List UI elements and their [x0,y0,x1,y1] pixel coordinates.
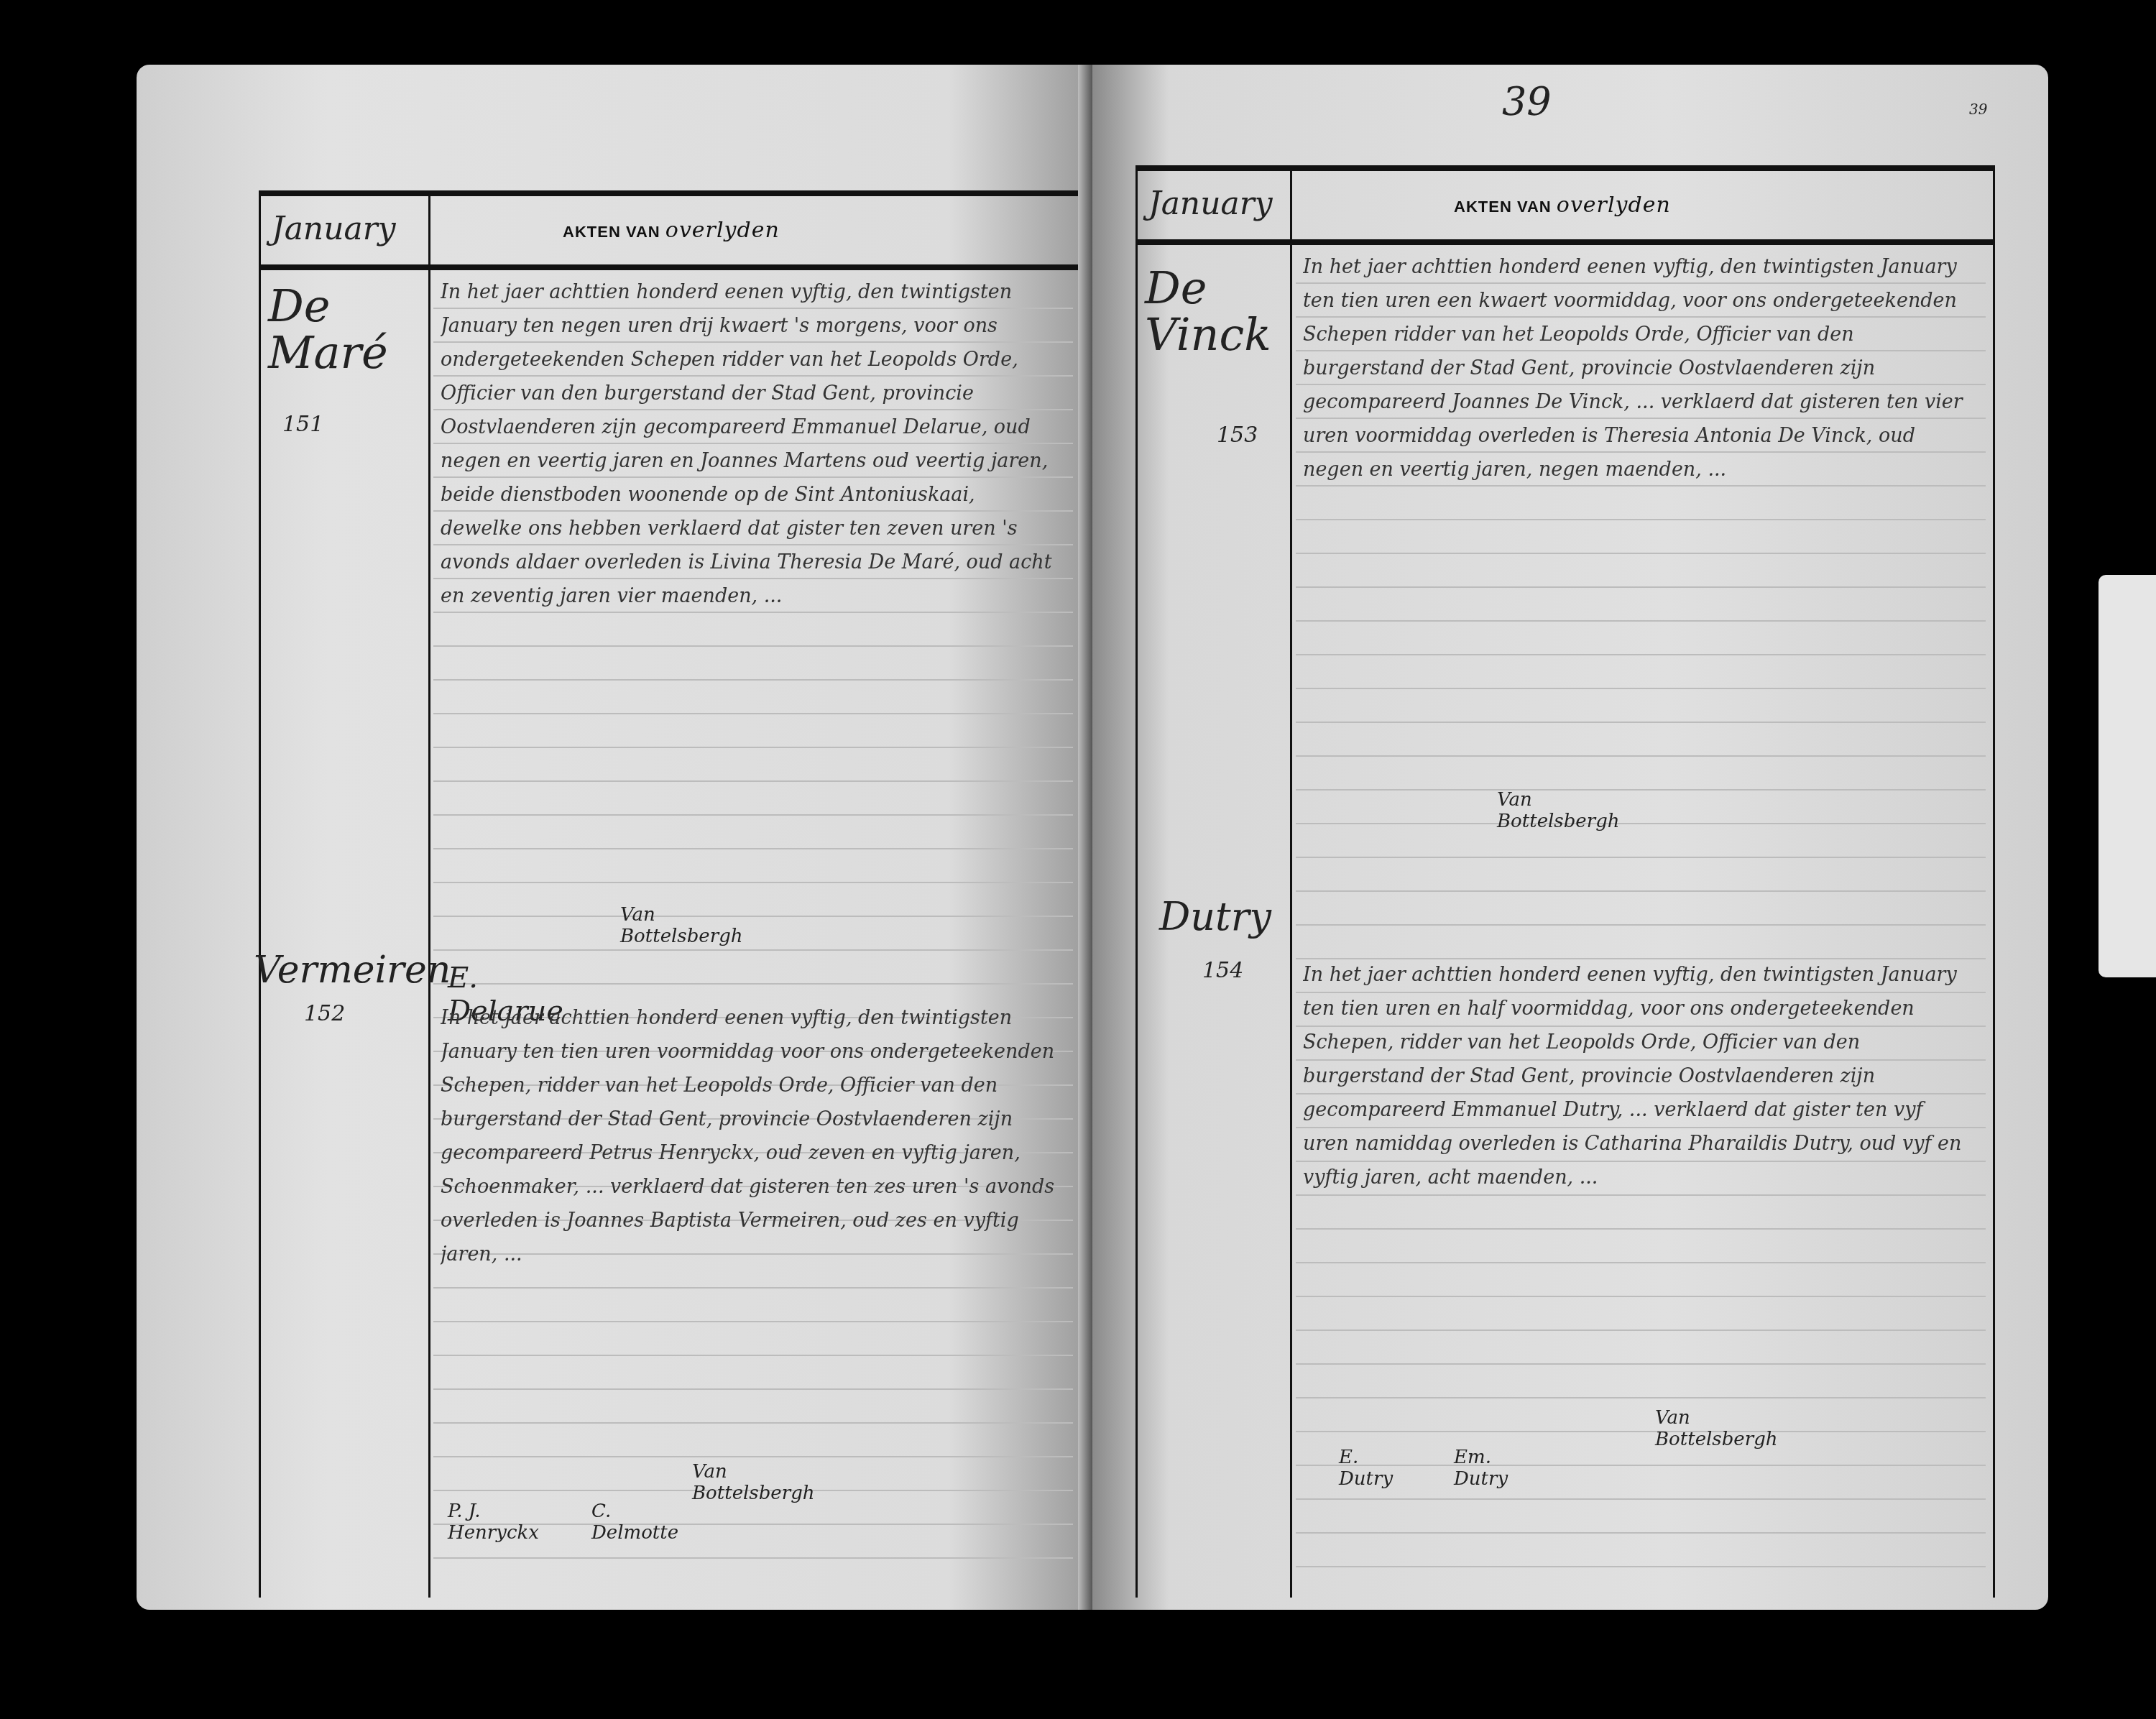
page-number: 39 [1502,79,1552,124]
right-title: AKTEN VAN overlyden [1454,193,1671,218]
entry-number: 152 [304,1001,345,1026]
entry-text: In het jaer achttien honderd eenen vyfti… [441,275,1059,879]
entry-number: 153 [1217,423,1258,448]
left-title: AKTEN VAN overlyden [563,218,780,243]
signature: Van Bottelsbergh [1497,789,1620,832]
left-table: January AKTEN VAN overlyden De Maré 151 … [259,190,1082,1598]
signature: P. J. Henryckx [448,1501,539,1544]
entry-surname: De Vinck [1145,264,1289,358]
right-page: 39 39 January AKTEN VAN overlyden De Vin… [1092,65,2048,1610]
signature: Van Bottelsbergh [1655,1407,1778,1450]
entry-text: In het jaer achttien honderd eenen vyfti… [1303,958,1971,1389]
left-page: January AKTEN VAN overlyden De Maré 151 … [137,65,1092,1610]
left-header: January AKTEN VAN overlyden [261,196,1080,270]
signature: Em. Dutry [1454,1447,1508,1490]
right-column-divider [1290,171,1292,1598]
entry-text: In het jaer achttien honderd eenen vyfti… [441,1001,1059,1447]
entry-surname: De Maré [268,282,426,376]
entry-text: In het jaer achttien honderd eenen vyfti… [1303,250,1971,753]
corner-mark: 39 [1969,101,1987,118]
entry-number: 154 [1202,958,1243,983]
signature: C. Delmotte [591,1501,678,1544]
register-book: January AKTEN VAN overlyden De Maré 151 … [137,65,2048,1610]
right-month: January [1148,185,1273,222]
signature: E. Dutry [1339,1447,1393,1490]
signature: Van Bottelsbergh [620,904,743,947]
page-tab-marker [2099,575,2156,977]
signature: Van Bottelsbergh [692,1461,815,1504]
right-table: January AKTEN VAN overlyden De Vinck 153… [1135,165,1995,1598]
left-month: January [272,211,396,247]
entry-surname: Dutry [1159,897,1271,938]
right-header: January AKTEN VAN overlyden [1138,171,1993,245]
left-column-divider [428,196,430,1598]
entry-number: 151 [282,412,323,437]
entry-surname: Vermeiren [254,951,451,990]
